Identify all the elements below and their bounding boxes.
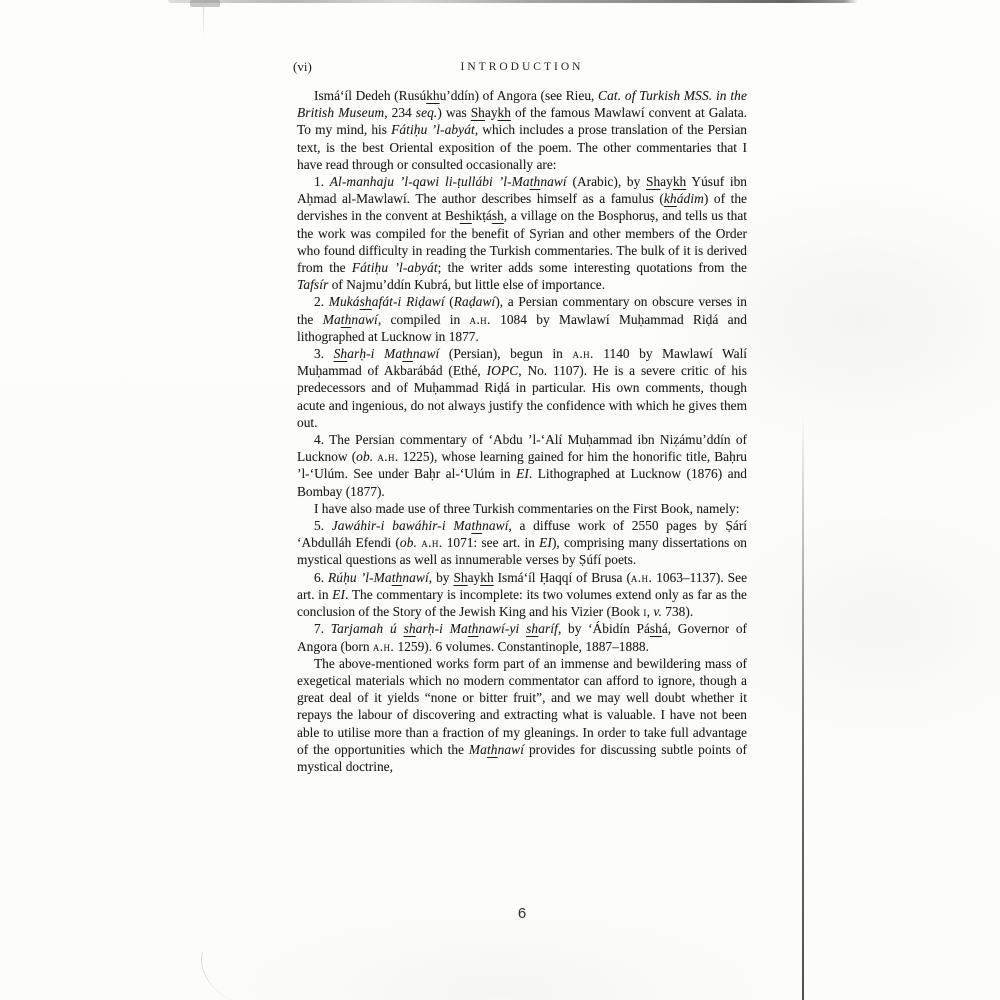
scan-top-edge-artifact (168, 0, 858, 3)
scan-top-smudge-artifact (190, 0, 220, 7)
scan-top-smudge-tail-artifact (203, 7, 204, 39)
page-number: 6 (297, 905, 747, 922)
paragraph: 5. Jawáhir-i bawáhir-i Mathnawí, a diffu… (297, 517, 747, 569)
paragraph: The above-mentioned works form part of a… (297, 655, 747, 775)
paragraph: 7. Tarjamah ú sharḥ-i Mathnawí-yi sharíf… (297, 620, 747, 654)
paragraph: 2. Mukáshafát-i Riḍawí (Raḍawí), a Persi… (297, 293, 747, 345)
paragraph: I have also made use of three Turkish co… (297, 500, 747, 517)
paragraph: 3. Sharḥ-i Mathnawí (Persian), begun in … (297, 345, 747, 431)
paragraph: 4. The Persian commentary of ‘Abdu ’l-‘A… (297, 431, 747, 500)
paragraph: 6. Rúḥu ’l-Mathnawí, by Shaykh Ismá‘íl Ḥ… (297, 569, 747, 621)
paragraph: 1. Al-manhaju ’l-qawi li-ṭullábi ’l-Math… (297, 173, 747, 293)
book-page-right-edge (802, 415, 804, 1000)
running-head-title: INTRODUCTION (297, 61, 747, 73)
page-header: (vi) INTRODUCTION (297, 58, 747, 78)
paragraph: Ismá‘íl Dedeh (Rusúkhu’ddín) of Angora (… (297, 87, 747, 173)
page-body: Ismá‘íl Dedeh (Rusúkhu’ddín) of Angora (… (297, 87, 747, 775)
